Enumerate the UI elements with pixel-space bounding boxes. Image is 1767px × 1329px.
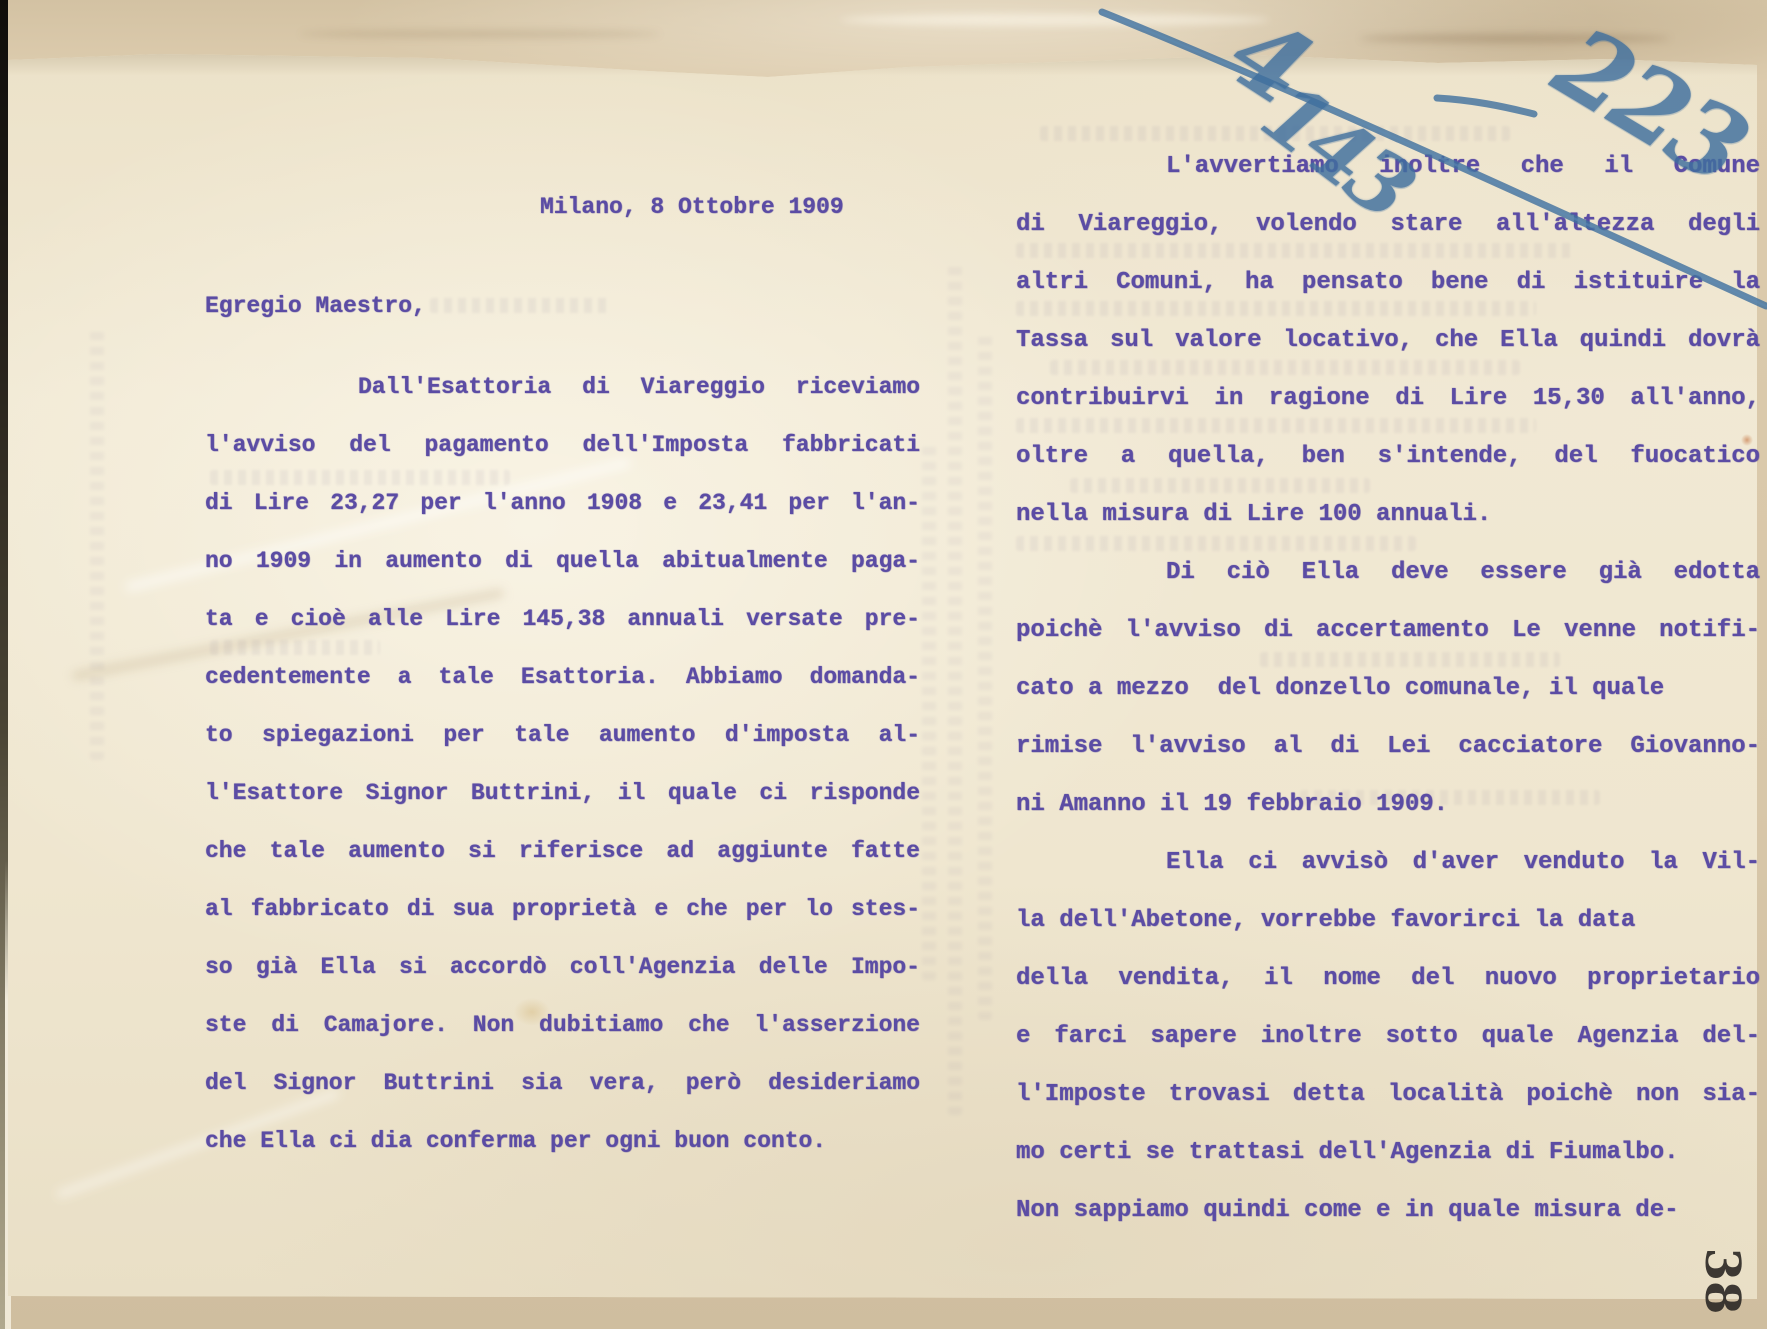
letter-line: poichè l'avviso di accertamento Le venne… xyxy=(1016,602,1760,660)
letter-line: cato a mezzo del donzello comunale, il q… xyxy=(1016,660,1760,718)
letter-line: Tassa sul valore locativo, che Ella quin… xyxy=(1016,312,1760,370)
bleedthrough-mark xyxy=(430,298,610,313)
letter-line: no 1909 in aumento di quella abitualment… xyxy=(205,532,920,590)
letter-line: ni Amanno il 19 febbraio 1909. xyxy=(1016,776,1760,834)
letter-line: nella misura di Lire 100 annuali. xyxy=(1016,486,1760,544)
letter-line: cedentemente a tale Esattoria. Abbiamo d… xyxy=(205,648,920,706)
letter-line: di Lire 23,27 per l'anno 1908 e 23,41 pe… xyxy=(205,474,920,532)
letter-line: la dell'Abetone, vorrebbe favorirci la d… xyxy=(1016,892,1760,950)
letter-line: oltre a quella, ben s'intende, del fuoca… xyxy=(1016,428,1760,486)
letter-line: l'Esattore Signor Buttrini, il quale ci … xyxy=(205,764,920,822)
letter-column-right: L'avvertiamo inoltre che il Comunedi Via… xyxy=(1016,138,1760,1240)
letter-line: ta e cioè alle Lire 145,38 annuali versa… xyxy=(205,590,920,648)
letter-line: Dall'Esattoria di Viareggio riceviamo xyxy=(205,358,920,416)
letter-line: contribuirvi in ragione di Lire 15,30 al… xyxy=(1016,370,1760,428)
letter-line: l'Imposte trovasi detta località poichè … xyxy=(1016,1066,1760,1124)
letter-line: to spiegazioni per tale aumento d'impost… xyxy=(205,706,920,764)
letter-line: Non sappiamo quindi come e in quale misu… xyxy=(1016,1182,1760,1240)
letter-salutation: Egregio Maestro, xyxy=(205,283,426,329)
letter-line: mo certi se trattasi dell'Agenzia di Fiu… xyxy=(1016,1124,1760,1182)
paper-wrinkle xyxy=(840,14,1270,26)
bleedthrough-mark xyxy=(978,330,992,1020)
bleedthrough-mark xyxy=(90,330,104,760)
letter-line: del Signor Buttrini sia vera, però desid… xyxy=(205,1054,920,1112)
bleedthrough-mark xyxy=(948,265,962,1115)
letter-line: ste di Camajore. Non dubitiamo che l'ass… xyxy=(205,996,920,1054)
letter-line: che tale aumento si riferisce ad aggiunt… xyxy=(205,822,920,880)
letter-line: l'avviso del pagamento dell'Imposta fabb… xyxy=(205,416,920,474)
letter-line: che Ella ci dia conferma per ogni buon c… xyxy=(205,1112,920,1170)
letter-dateline: Milano, 8 Ottobre 1909 xyxy=(540,184,844,230)
scanned-letter: Milano, 8 Ottobre 1909 Egregio Maestro, … xyxy=(0,0,1767,1329)
letter-line: Di ciò Ella deve essere già edotta xyxy=(1016,544,1760,602)
letter-line: al fabbricato di sua proprietà e che per… xyxy=(205,880,920,938)
letter-column-left: Dall'Esattoria di Viareggio riceviamol'a… xyxy=(205,358,920,1170)
folio-number: 38 xyxy=(1683,1241,1753,1321)
letter-line: so già Ella si accordò coll'Agenzia dell… xyxy=(205,938,920,996)
bleedthrough-mark xyxy=(922,440,936,980)
letter-line: della vendita, il nome del nuovo proprie… xyxy=(1016,950,1760,1008)
letter-line: e farci sapere inoltre sotto quale Agenz… xyxy=(1016,1008,1760,1066)
paper-wrinkle xyxy=(300,30,660,38)
letter-line: altri Comuni, ha pensato bene di istitui… xyxy=(1016,254,1760,312)
letter-line: rimise l'avviso al di Lei cacciatore Gio… xyxy=(1016,718,1760,776)
letter-line: Ella ci avvisò d'aver venduto la Vil- xyxy=(1016,834,1760,892)
